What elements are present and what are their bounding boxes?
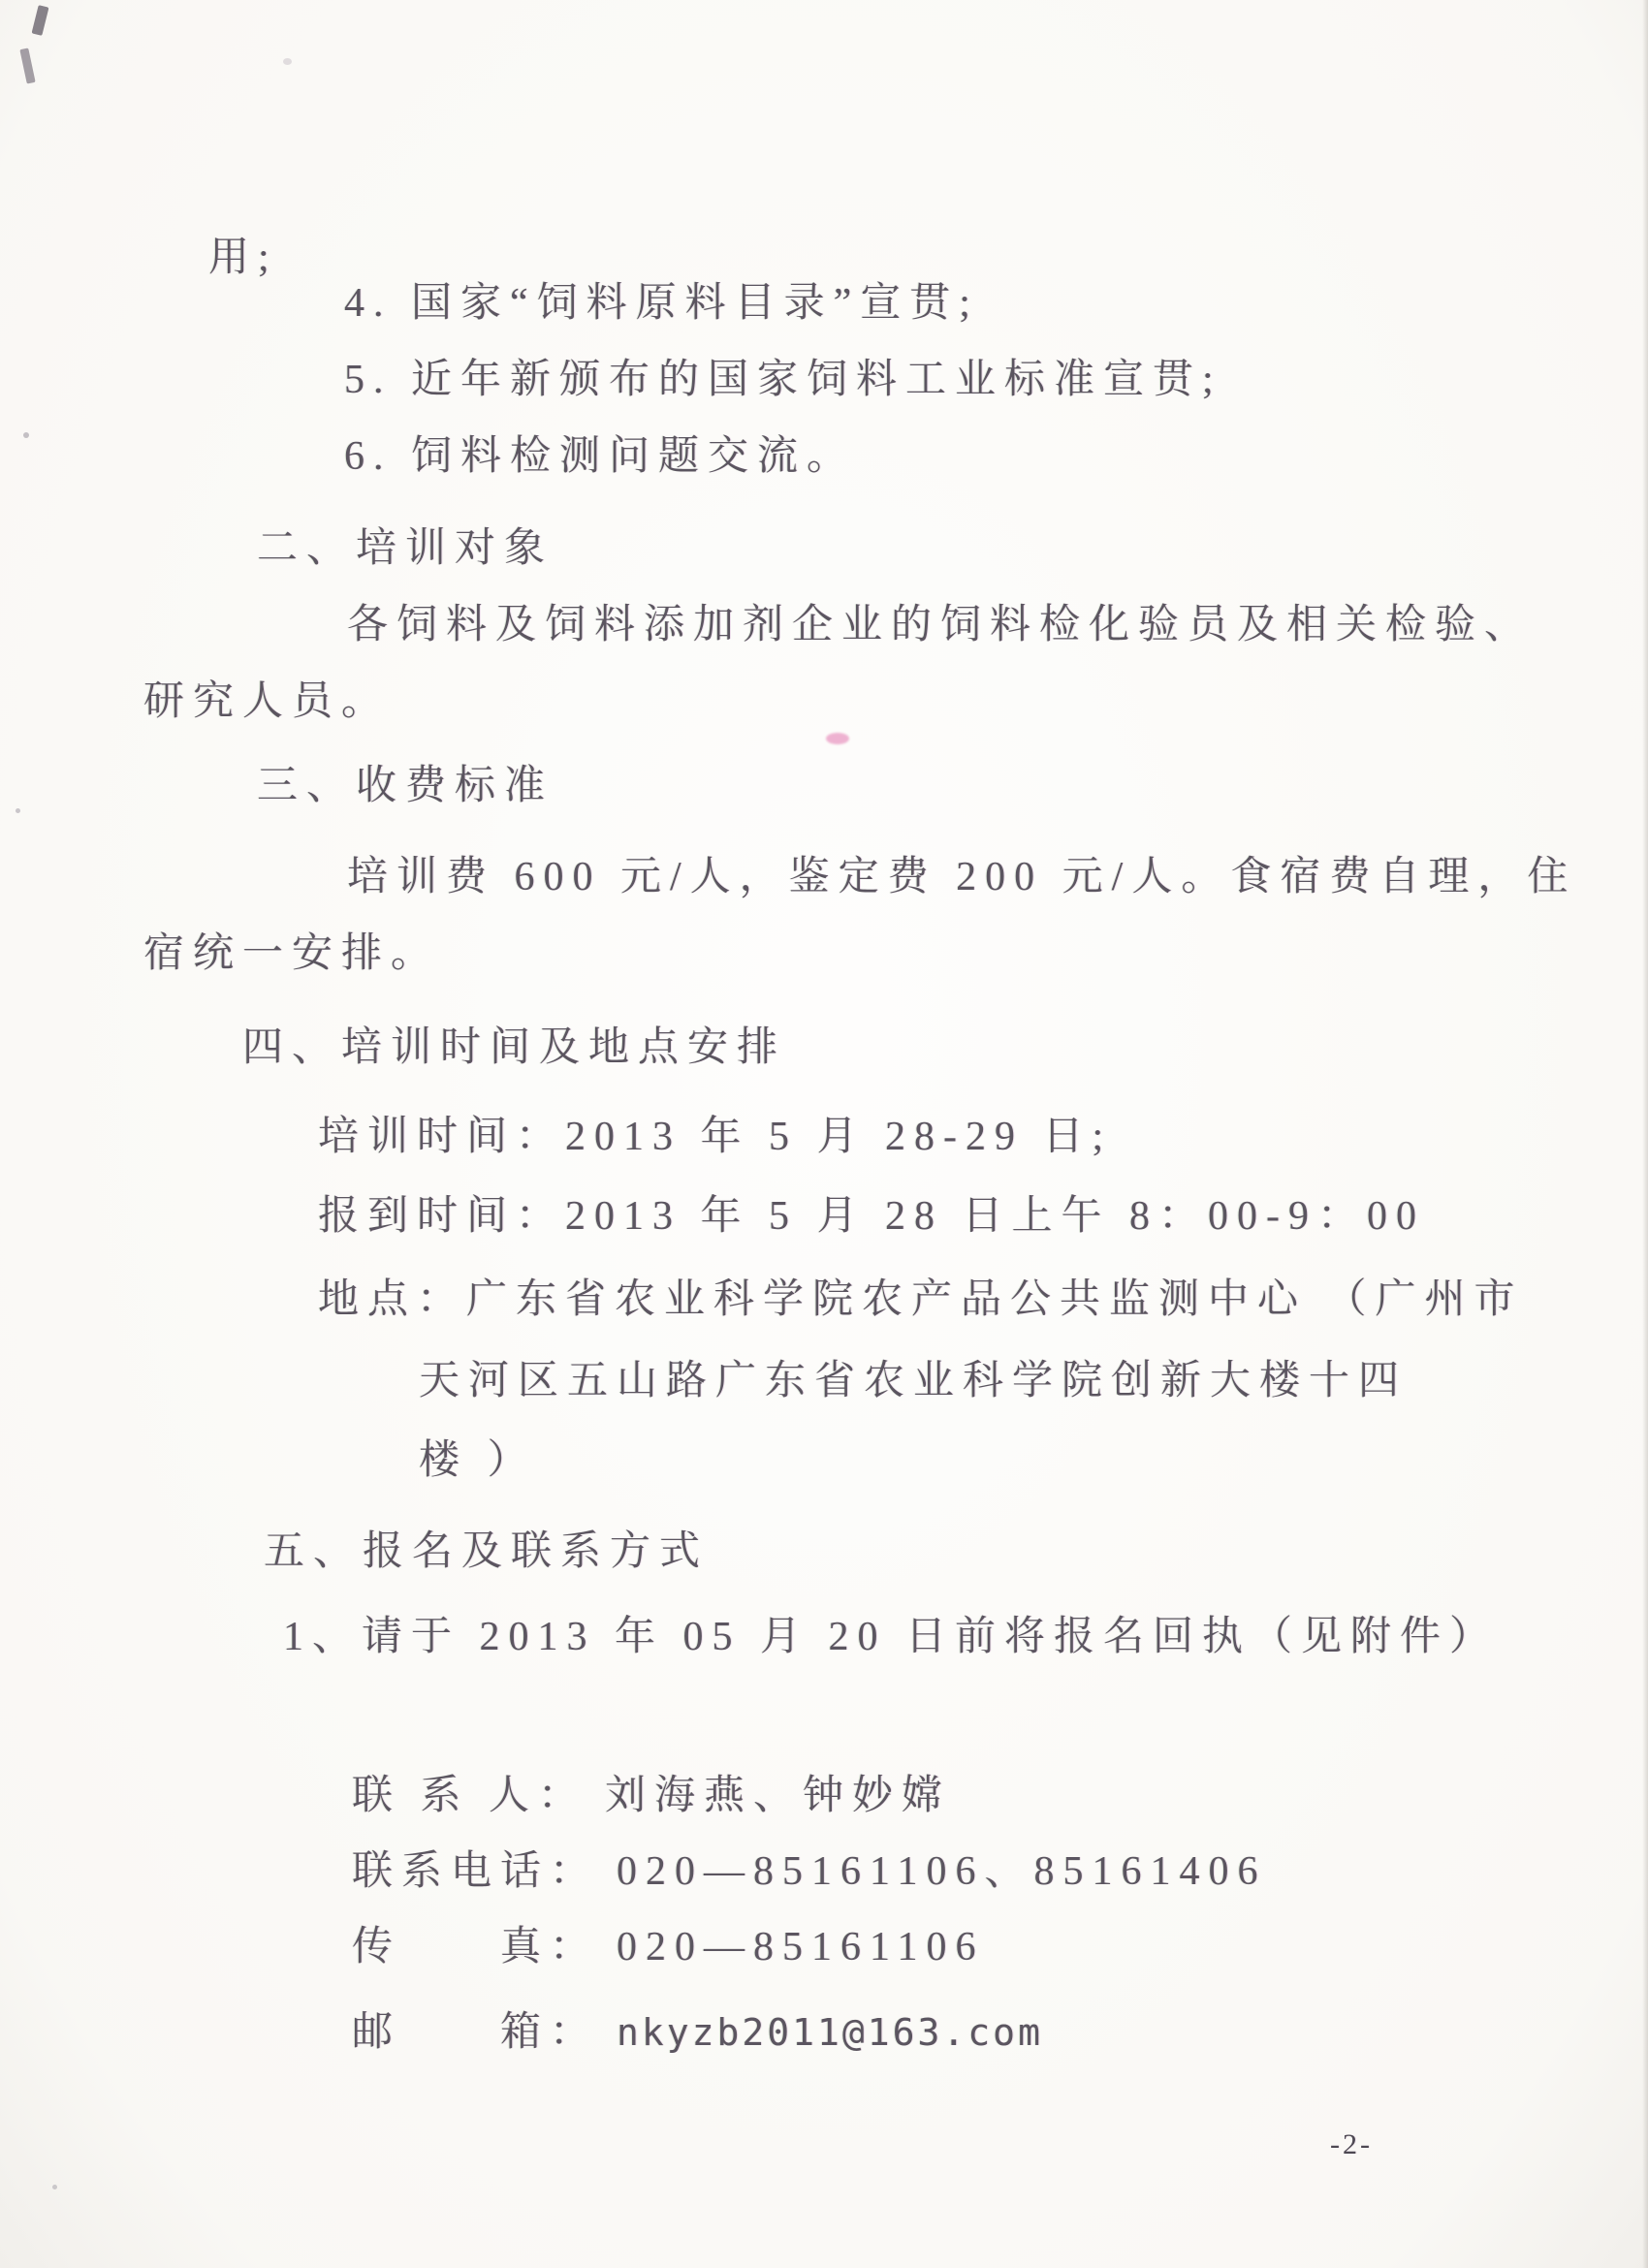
scan-artifact-pink-smudge	[826, 733, 849, 744]
training-time-line: 培训时间：2013 年 5 月 28-29 日;	[318, 1110, 1112, 1164]
contact-label: 邮 箱：	[352, 2010, 599, 2055]
agenda-item-4: 4. 国家“饲料原料目录”宣贯;	[344, 276, 979, 331]
location-line-3: 楼 ）	[419, 1433, 537, 1488]
scan-artifact-edge-shadow	[1642, 0, 1648, 2268]
registration-deadline-line: 1、请于 2013 年 05 月 20 日前将报名回执（见附件）	[283, 1610, 1499, 1664]
contact-value: nkyzb2011@163.com	[617, 2011, 1043, 2054]
contact-row-email: 邮 箱：nkyzb2011@163.com	[276, 1951, 1043, 2114]
scan-artifact-dot	[23, 432, 29, 438]
section-2-body-line-1: 各饲料及饲料添加剂企业的饲料检化验员及相关检验、	[347, 598, 1534, 652]
section-5-heading: 五、报名及联系方式	[264, 1525, 709, 1579]
section-3-heading: 三、收费标准	[257, 759, 554, 813]
scan-artifact-corner-mark	[19, 47, 35, 83]
document-page: 用; 4. 国家“饲料原料目录”宣贯; 5. 近年新颁布的国家饲料工业标准宣贯;…	[0, 0, 1648, 2268]
checkin-time-line: 报到时间：2013 年 5 月 28 日上午 8：00-9：00	[318, 1189, 1425, 1244]
section-2-body-line-2: 研究人员。	[143, 675, 391, 729]
section-2-heading: 二、培训对象	[257, 521, 554, 576]
scan-artifact-dot	[16, 808, 20, 813]
page-number: -2-	[1330, 2128, 1373, 2161]
scan-artifact-dot	[52, 2185, 57, 2189]
carryover-line: 用;	[208, 231, 278, 285]
section-3-body-line-2: 宿统一安排。	[143, 927, 440, 981]
section-4-heading: 四、培训时间及地点安排	[242, 1021, 786, 1075]
section-3-body-line-1: 培训费 600 元/人，鉴定费 200 元/人。食宿费自理，住	[347, 850, 1576, 904]
location-line-1: 地点：广东省农业科学院农产品公共监测中心 （广州市	[318, 1273, 1524, 1327]
location-line-2: 天河区五山路广东省农业科学院创新大楼十四	[419, 1354, 1408, 1408]
agenda-item-5: 5. 近年新颁布的国家饲料工业标准宣贯;	[344, 353, 1222, 407]
scan-artifact-corner-mark	[32, 5, 49, 36]
scan-artifact-dot	[283, 58, 292, 65]
agenda-item-6: 6. 饲料检测问题交流。	[344, 429, 856, 484]
